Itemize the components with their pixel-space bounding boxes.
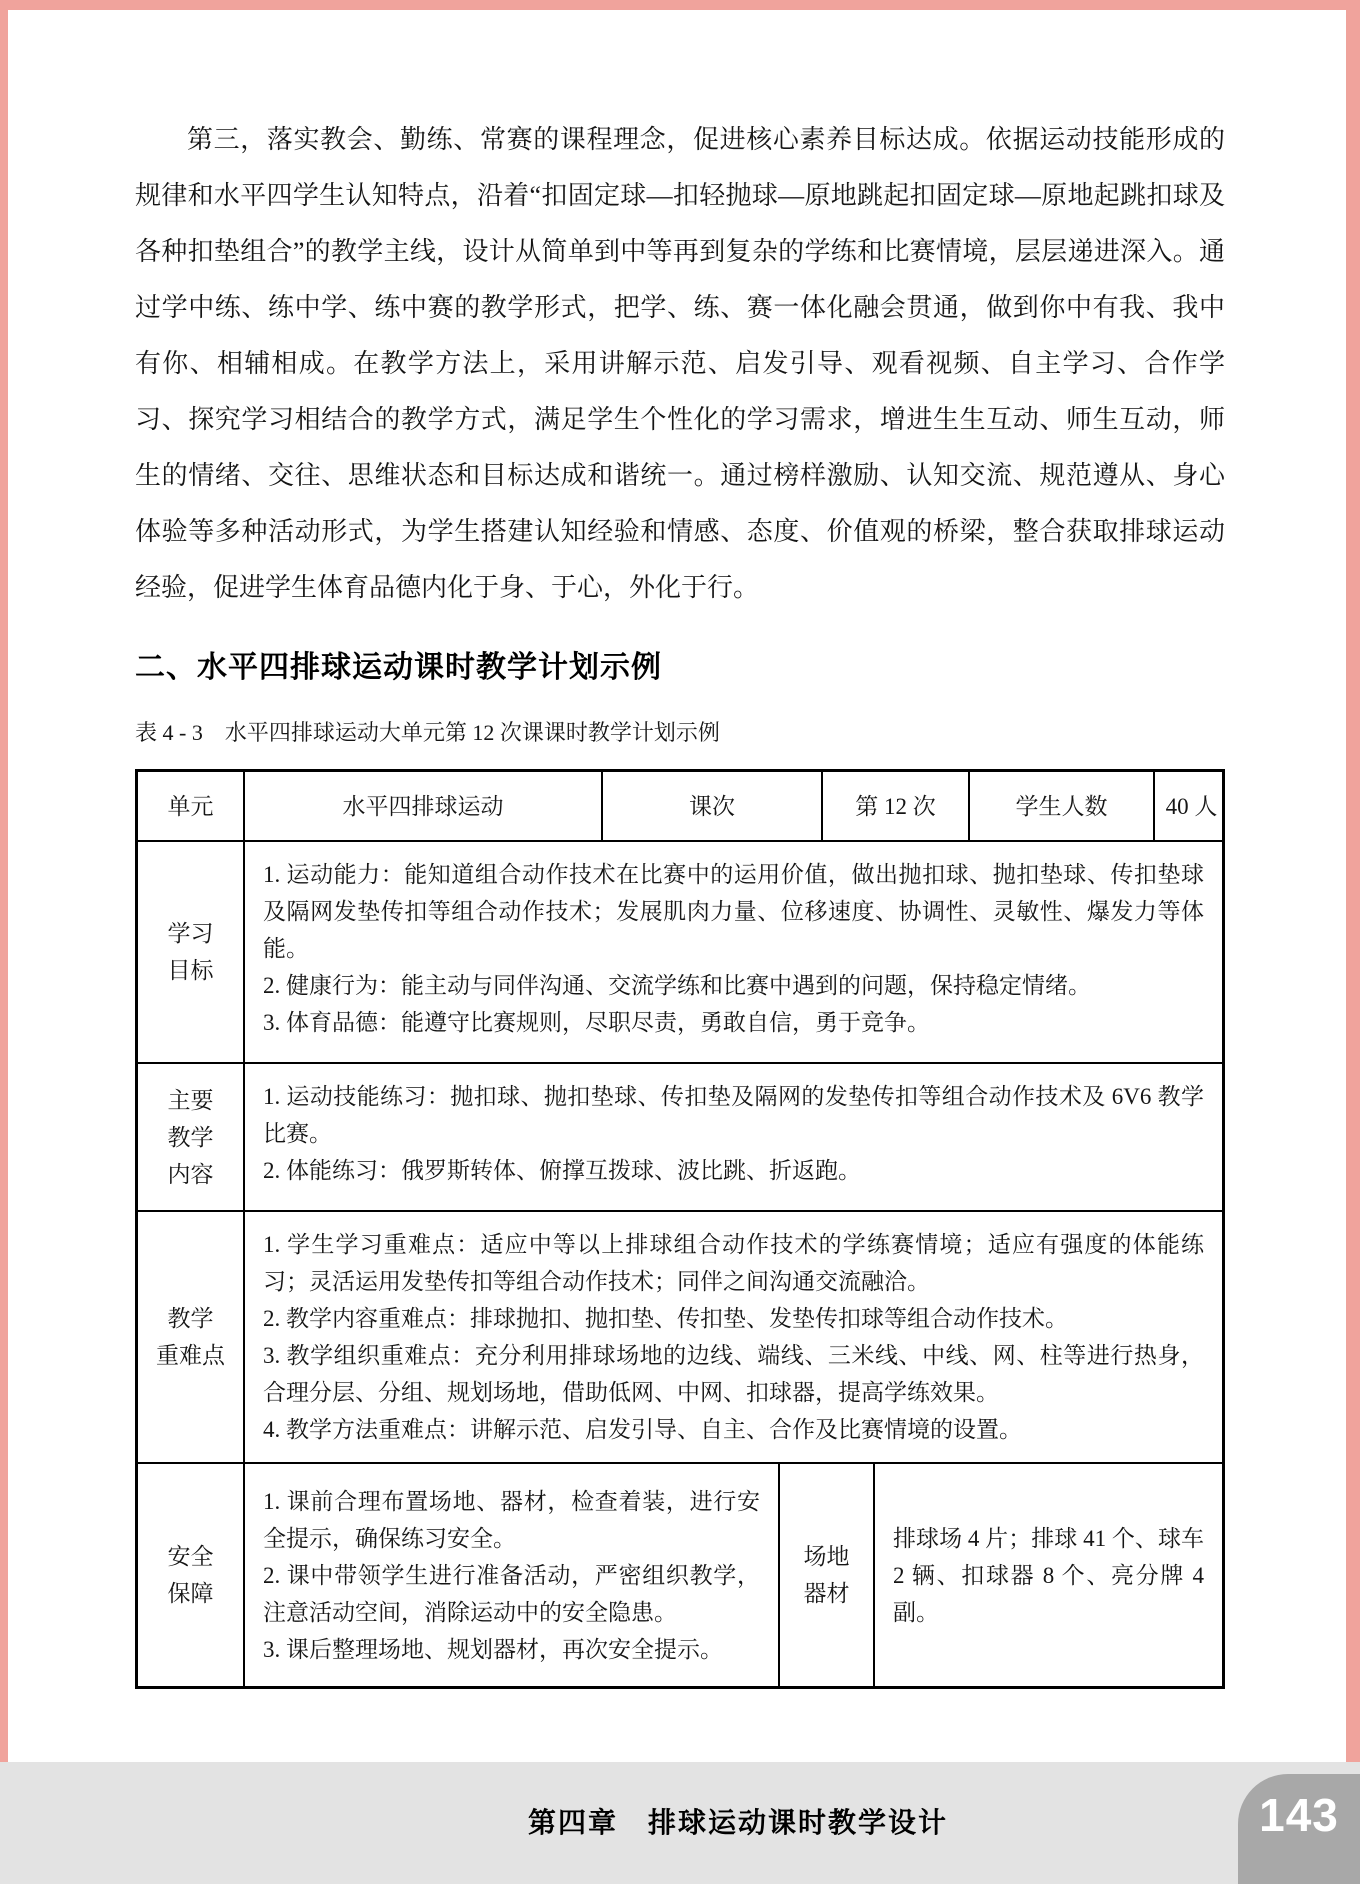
list-item: 1. 运动能力：能知道组合动作技术在比赛中的运用价值，做出抛扣球、抛扣垫球、传扣… bbox=[263, 856, 1204, 967]
book-page: 第三，落实教会、勤练、常赛的课程理念，促进核心素养目标达成。依据运动技能形成的规… bbox=[0, 0, 1360, 1884]
table-row-safety: 安全 保障 1. 课前合理布置场地、器材，检查着装，进行安全提示，确保练习安全。… bbox=[138, 1462, 1222, 1686]
chapter-title: 第四章 排球运动课时教学设计 bbox=[528, 1801, 948, 1841]
page-edge-accent-right bbox=[1346, 0, 1360, 1762]
lesson-plan-table: 单元 水平四排球运动 课次 第 12 次 学生人数 40 人 学习 目标 1. … bbox=[135, 769, 1225, 1689]
list-item: 3. 体育品德：能遵守比赛规则，尽职尽责，勇敢自信，勇于竞争。 bbox=[263, 1004, 1204, 1041]
list-item: 1. 课前合理布置场地、器材，检查着装，进行安全提示，确保练习安全。 bbox=[263, 1483, 760, 1557]
list-item: 2. 体能练习：俄罗斯转体、俯撑互拨球、波比跳、折返跑。 bbox=[263, 1152, 1204, 1189]
page-number-badge: 143 bbox=[1238, 1774, 1360, 1884]
table-row-key-points: 教学 重难点 1. 学生学习重难点：适应中等以上排球组合动作技术的学练赛情境；适… bbox=[138, 1210, 1222, 1462]
list-item: 3. 教学组织重难点：充分利用排球场地的边线、端线、三米线、中线、网、柱等进行热… bbox=[263, 1337, 1204, 1411]
cell-key-points-label: 教学 重难点 bbox=[138, 1212, 243, 1462]
equipment-text: 排球场 4 片；排球 41 个、球车 2 辆、扣球器 8 个、亮分牌 4 副。 bbox=[893, 1520, 1204, 1631]
page-edge-accent-left bbox=[0, 0, 8, 1762]
list-item: 1. 运动技能练习：抛扣球、抛扣垫球、传扣垫及隔网的发垫传扣等组合动作技术及 6… bbox=[263, 1078, 1204, 1152]
list-item: 2. 教学内容重难点：排球抛扣、抛扣垫、传扣垫、发垫传扣球等组合动作技术。 bbox=[263, 1300, 1204, 1337]
list-item: 2. 课中带领学生进行准备活动，严密组织教学，注意活动空间，消除运动中的安全隐患… bbox=[263, 1557, 760, 1631]
list-item: 3. 课后整理场地、规划器材，再次安全提示。 bbox=[263, 1631, 760, 1668]
cell-main-content-label: 主要 教学 内容 bbox=[138, 1064, 243, 1210]
page-number: 143 bbox=[1259, 1788, 1339, 1842]
cell-safety-content: 1. 课前合理布置场地、器材，检查着装，进行安全提示，确保练习安全。 2. 课中… bbox=[243, 1464, 778, 1686]
table-row-learning-goals: 学习 目标 1. 运动能力：能知道组合动作技术在比赛中的运用价值，做出抛扣球、抛… bbox=[138, 840, 1222, 1062]
table-caption: 表 4 - 3 水平四排球运动大单元第 12 次课课时教学计划示例 bbox=[135, 716, 1225, 747]
body-paragraph: 第三，落实教会、勤练、常赛的课程理念，促进核心素养目标达成。依据运动技能形成的规… bbox=[135, 112, 1225, 616]
table-row-header: 单元 水平四排球运动 课次 第 12 次 学生人数 40 人 bbox=[138, 772, 1222, 840]
cell-unit-value: 水平四排球运动 bbox=[243, 772, 601, 840]
list-item: 2. 健康行为：能主动与同伴沟通、交流学练和比赛中遇到的问题，保持稳定情绪。 bbox=[263, 967, 1204, 1004]
cell-learning-goals-label: 学习 目标 bbox=[138, 842, 243, 1062]
table-row-main-content: 主要 教学 内容 1. 运动技能练习：抛扣球、抛扣垫球、传扣垫及隔网的发垫传扣等… bbox=[138, 1062, 1222, 1210]
cell-main-content-content: 1. 运动技能练习：抛扣球、抛扣垫球、传扣垫及隔网的发垫传扣等组合动作技术及 6… bbox=[243, 1064, 1222, 1210]
cell-safety-label: 安全 保障 bbox=[138, 1464, 243, 1686]
list-item: 4. 教学方法重难点：讲解示范、启发引导、自主、合作及比赛情境的设置。 bbox=[263, 1411, 1204, 1448]
cell-unit-label: 单元 bbox=[138, 772, 243, 840]
cell-key-points-content: 1. 学生学习重难点：适应中等以上排球组合动作技术的学练赛情境；适应有强度的体能… bbox=[243, 1212, 1222, 1462]
cell-learning-goals-content: 1. 运动能力：能知道组合动作技术在比赛中的运用价值，做出抛扣球、抛扣垫球、传扣… bbox=[243, 842, 1222, 1062]
page-content: 第三，落实教会、勤练、常赛的课程理念，促进核心素养目标达成。依据运动技能形成的规… bbox=[135, 0, 1225, 1689]
cell-venue-label: 场地 器材 bbox=[778, 1464, 873, 1686]
list-item: 1. 学生学习重难点：适应中等以上排球组合动作技术的学练赛情境；适应有强度的体能… bbox=[263, 1226, 1204, 1300]
cell-venue-equipment: 排球场 4 片；排球 41 个、球车 2 辆、扣球器 8 个、亮分牌 4 副。 bbox=[873, 1464, 1222, 1686]
cell-students-value: 40 人 bbox=[1153, 772, 1228, 840]
cell-lesson-label: 课次 bbox=[601, 772, 821, 840]
cell-students-label: 学生人数 bbox=[968, 772, 1153, 840]
section-heading: 二、水平四排球运动课时教学计划示例 bbox=[135, 642, 1225, 686]
cell-lesson-value: 第 12 次 bbox=[821, 772, 968, 840]
